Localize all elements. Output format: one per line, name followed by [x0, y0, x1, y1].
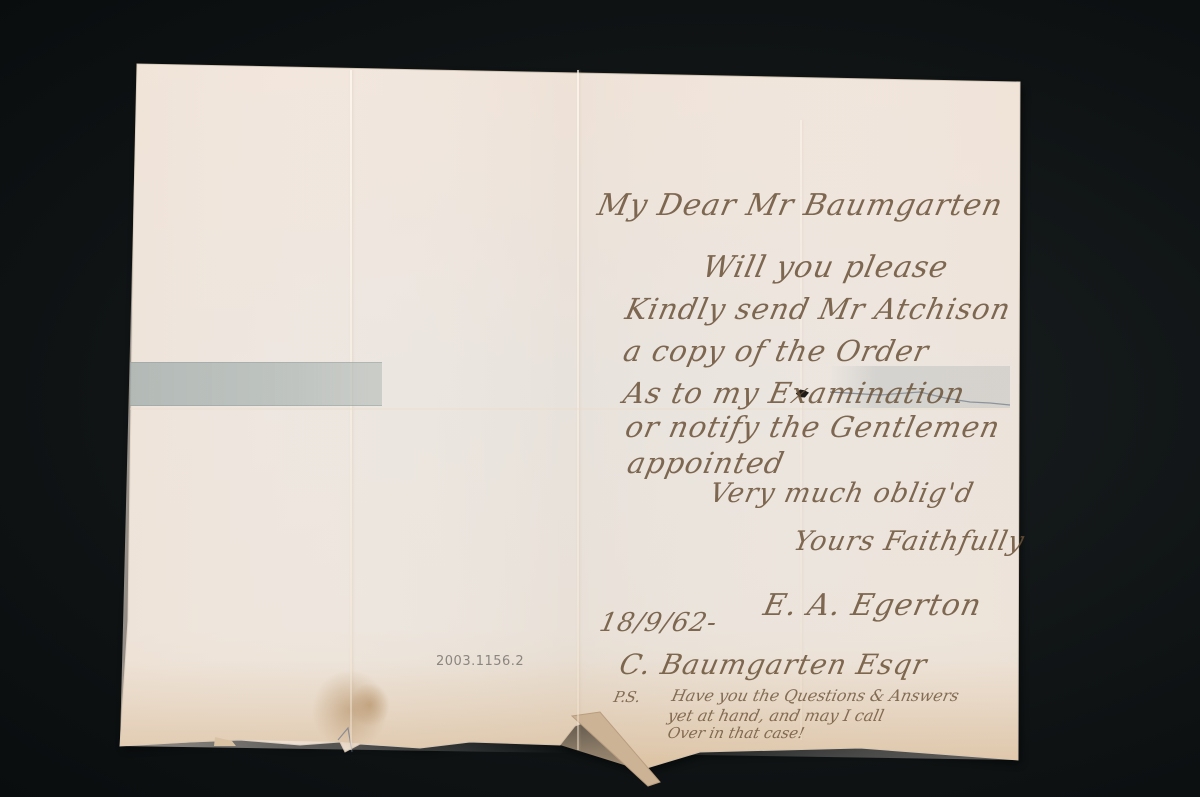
body-line-3: a copy of the Order — [620, 334, 932, 368]
adhesive-tape-strip — [130, 362, 382, 406]
body-line-2: Kindly send Mr Atchison — [622, 292, 1014, 326]
addressee: C. Baumgarten Esqr — [616, 648, 930, 681]
postscript-line-1: Have you the Questions & Answers — [670, 686, 961, 705]
body-line-5: or notify the Gentlemen — [622, 410, 1003, 444]
body-line-6: appointed — [624, 446, 787, 480]
body-line-4: As to my Examination — [620, 376, 968, 410]
postscript-line-3: Over in that case! — [666, 724, 806, 742]
accession-number: 2003.1156.2 — [436, 654, 524, 669]
closing-line-1: Very much oblig'd — [707, 478, 977, 509]
body-line-1: Will you please — [699, 250, 952, 285]
postscript-label: P.S. — [612, 688, 642, 706]
fold-line-center — [577, 70, 579, 750]
letter-date: 18/9/62- — [597, 608, 720, 638]
signature: E. A. Egerton — [760, 588, 985, 623]
closing-line-2: Yours Faithfully — [791, 526, 1028, 557]
postscript-line-2: yet at hand, and may I call — [666, 706, 886, 725]
salutation: My Dear Mr Baumgarten — [594, 188, 1006, 223]
fold-line-left — [350, 70, 352, 750]
